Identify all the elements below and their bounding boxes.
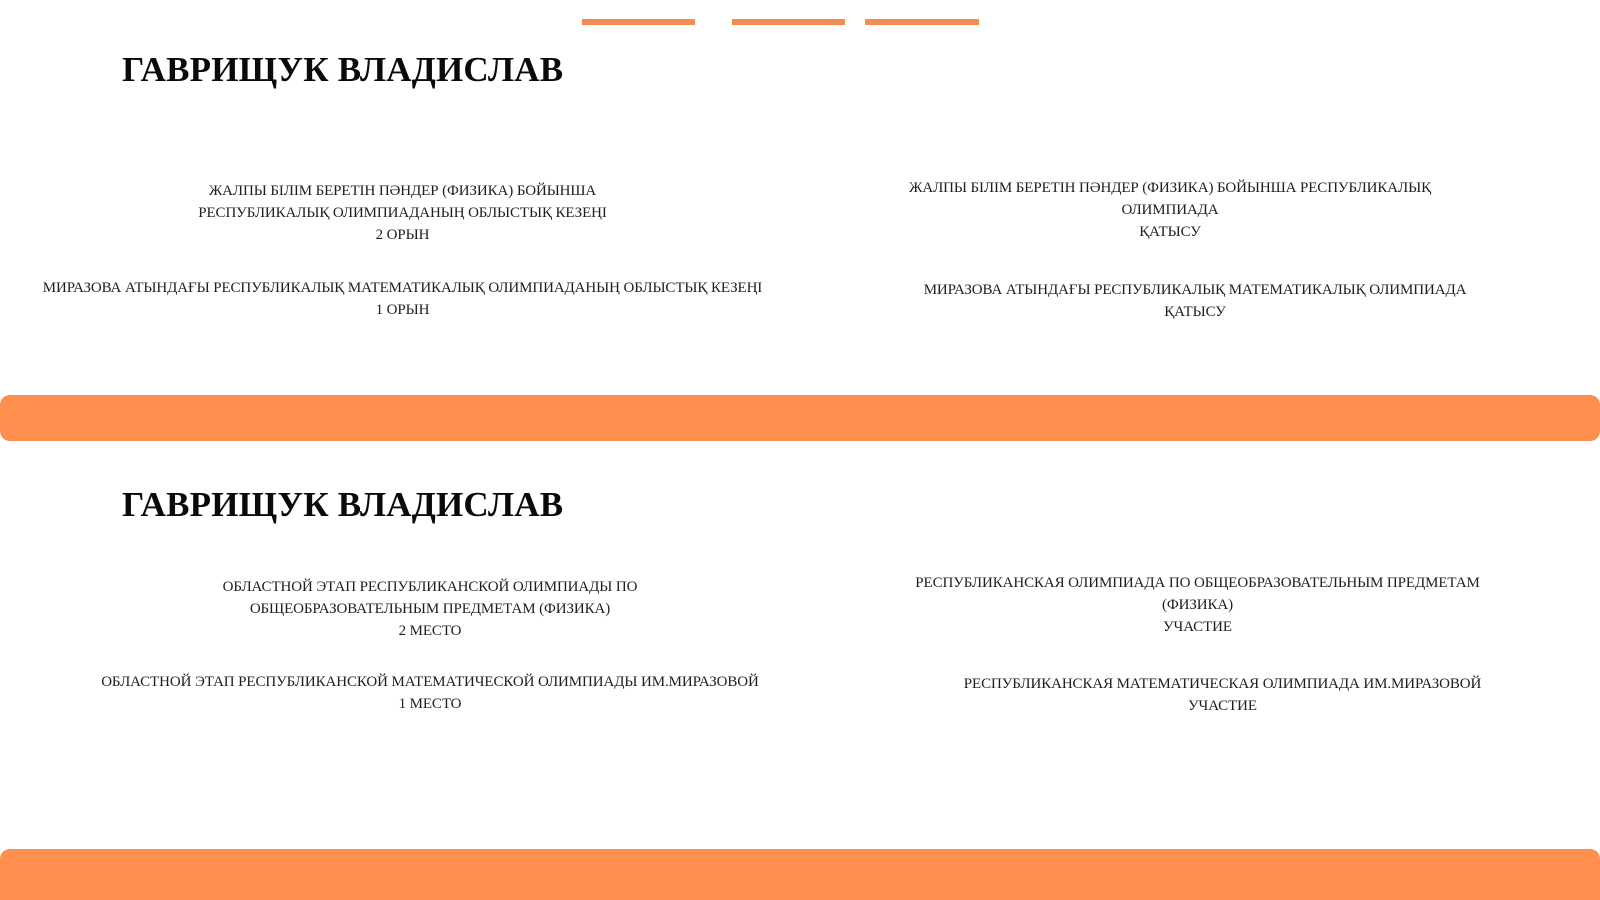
entry-line: ЖАЛПЫ БІЛІМ БЕРЕТІН ПӘНДЕР (ФИЗИКА) БОЙЫ… [890,177,1450,199]
section-title-kazakh: ГАВРИЩУК ВЛАДИСЛАВ [122,50,563,90]
achievement-math-regional-ru: ОБЛАСТНОЙ ЭТАП РЕСПУБЛИКАНСКОЙ МАТЕМАТИЧ… [75,671,785,715]
entry-line: (ФИЗИКА) [895,594,1500,616]
entry-result: 2 МЕСТО [200,620,660,642]
footer-band [0,849,1600,900]
entry-line: ОЛИМПИАДА [890,199,1450,221]
achievement-physics-republic-ru: РЕСПУБЛИКАНСКАЯ ОЛИМПИАДА ПО ОБЩЕОБРАЗОВ… [895,572,1500,638]
entry-result: УЧАСТИЕ [895,616,1500,638]
entry-result: 2 ОРЫН [185,224,620,246]
entry-result: ҚАТЫСУ [905,301,1485,323]
entry-result: 1 МЕСТО [75,693,785,715]
achievement-math-republic-kk: МИРАЗОВА АТЫНДАҒЫ РЕСПУБЛИКАЛЫҚ МАТЕМАТИ… [905,279,1485,323]
achievement-physics-regional-ru: ОБЛАСТНОЙ ЭТАП РЕСПУБЛИКАНСКОЙ ОЛИМПИАДЫ… [200,576,660,642]
achievement-math-republic-ru: РЕСПУБЛИКАНСКАЯ МАТЕМАТИЧЕСКАЯ ОЛИМПИАДА… [945,673,1500,717]
entry-result: УЧАСТИЕ [945,695,1500,717]
achievement-math-regional-kk: МИРАЗОВА АТЫНДАҒЫ РЕСПУБЛИКАЛЫҚ МАТЕМАТИ… [20,277,785,321]
entry-line: ОБЩЕОБРАЗОВАТЕЛЬНЫМ ПРЕДМЕТАМ (ФИЗИКА) [200,598,660,620]
entry-result: 1 ОРЫН [20,299,785,321]
divider-band [0,395,1600,441]
top-indicator-segment [732,19,845,25]
entry-line: МИРАЗОВА АТЫНДАҒЫ РЕСПУБЛИКАЛЫҚ МАТЕМАТИ… [20,277,785,299]
top-indicator-segment [582,19,695,25]
entry-result: ҚАТЫСУ [890,221,1450,243]
achievement-physics-regional-kk: ЖАЛПЫ БІЛІМ БЕРЕТІН ПӘНДЕР (ФИЗИКА) БОЙЫ… [185,180,620,246]
entry-line: ОБЛАСТНОЙ ЭТАП РЕСПУБЛИКАНСКОЙ МАТЕМАТИЧ… [75,671,785,693]
entry-line: ОБЛАСТНОЙ ЭТАП РЕСПУБЛИКАНСКОЙ ОЛИМПИАДЫ… [200,576,660,598]
entry-line: ЖАЛПЫ БІЛІМ БЕРЕТІН ПӘНДЕР (ФИЗИКА) БОЙЫ… [185,180,620,202]
entry-line: МИРАЗОВА АТЫНДАҒЫ РЕСПУБЛИКАЛЫҚ МАТЕМАТИ… [905,279,1485,301]
top-indicator-segment [865,19,979,25]
entry-line: РЕСПУБЛИКАЛЫҚ ОЛИМПИАДАНЫҢ ОБЛЫСТЫҚ КЕЗЕ… [185,202,620,224]
entry-line: РЕСПУБЛИКАНСКАЯ МАТЕМАТИЧЕСКАЯ ОЛИМПИАДА… [945,673,1500,695]
section-title-russian: ГАВРИЩУК ВЛАДИСЛАВ [122,485,563,525]
achievement-physics-republic-kk: ЖАЛПЫ БІЛІМ БЕРЕТІН ПӘНДЕР (ФИЗИКА) БОЙЫ… [890,177,1450,243]
entry-line: РЕСПУБЛИКАНСКАЯ ОЛИМПИАДА ПО ОБЩЕОБРАЗОВ… [895,572,1500,594]
